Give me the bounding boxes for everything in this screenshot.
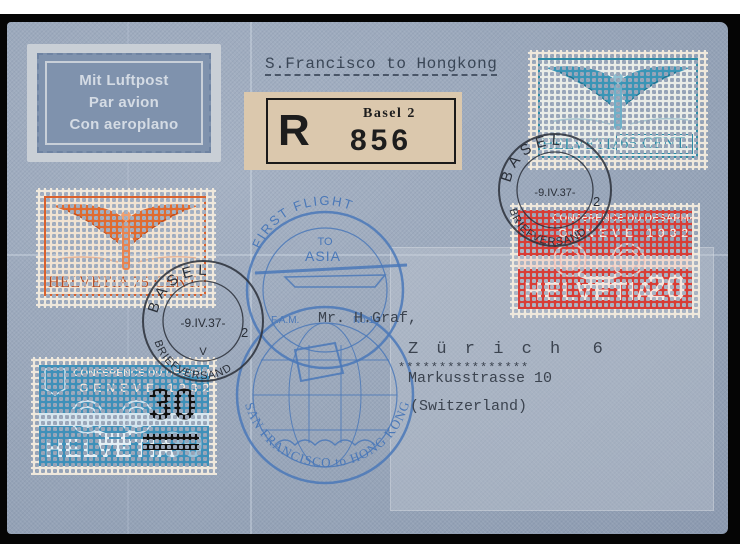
stamp-country: HELVETIA — [48, 274, 130, 292]
address-name: Mr. H.Graf, — [318, 310, 417, 327]
airmail-label: Mit Luftpost Par avion Con aeroplano — [27, 44, 221, 162]
address-street: Markusstrasse 10 — [408, 370, 552, 387]
postmark-basel-upper: BASEL 2 -9.IV.37- BRIEFVERSAND — [490, 128, 620, 248]
svg-text:-9.IV.37-: -9.IV.37- — [181, 316, 226, 330]
svg-text:BASEL: BASEL — [145, 262, 212, 315]
address-city: Z ü r i c h 6 — [408, 340, 607, 359]
svg-text:FIRST FLIGHT: FIRST FLIGHT — [249, 195, 356, 251]
svg-text:2: 2 — [593, 194, 600, 209]
airmail-line-fr: Par avion — [89, 92, 159, 114]
svg-text:ASIA: ASIA — [305, 248, 341, 264]
stamp-country: HELVETIA — [524, 276, 655, 307]
svg-text:TO: TO — [317, 236, 333, 248]
registration-number: 856 — [350, 124, 412, 158]
svg-text:2: 2 — [241, 325, 248, 340]
surcharge-value: 30 — [148, 380, 197, 430]
svg-text:V: V — [199, 346, 207, 358]
airmail-line-it: Con aeroplano — [70, 114, 179, 136]
svg-text:-9.IV.37-: -9.IV.37- — [534, 187, 576, 199]
stamp-value: 20 — [646, 267, 686, 309]
postmark-basel-lower: BASEL 2 -9.IV.37- V BRIEFVERSAND — [135, 255, 270, 385]
svg-text:F.A.M.: F.A.M. — [271, 315, 299, 326]
registration-office: Basel 2 — [363, 106, 416, 122]
address-country: (Switzerland) — [410, 398, 527, 415]
registration-label: R Basel 2 856 — [244, 92, 462, 170]
surcharge-bars — [143, 434, 199, 460]
registration-letter: R — [278, 106, 310, 156]
route-text: S.Francisco to Hongkong — [265, 55, 497, 76]
airmail-line-de: Mit Luftpost — [79, 70, 168, 92]
stamp-value: 65 CENT. — [616, 134, 693, 154]
